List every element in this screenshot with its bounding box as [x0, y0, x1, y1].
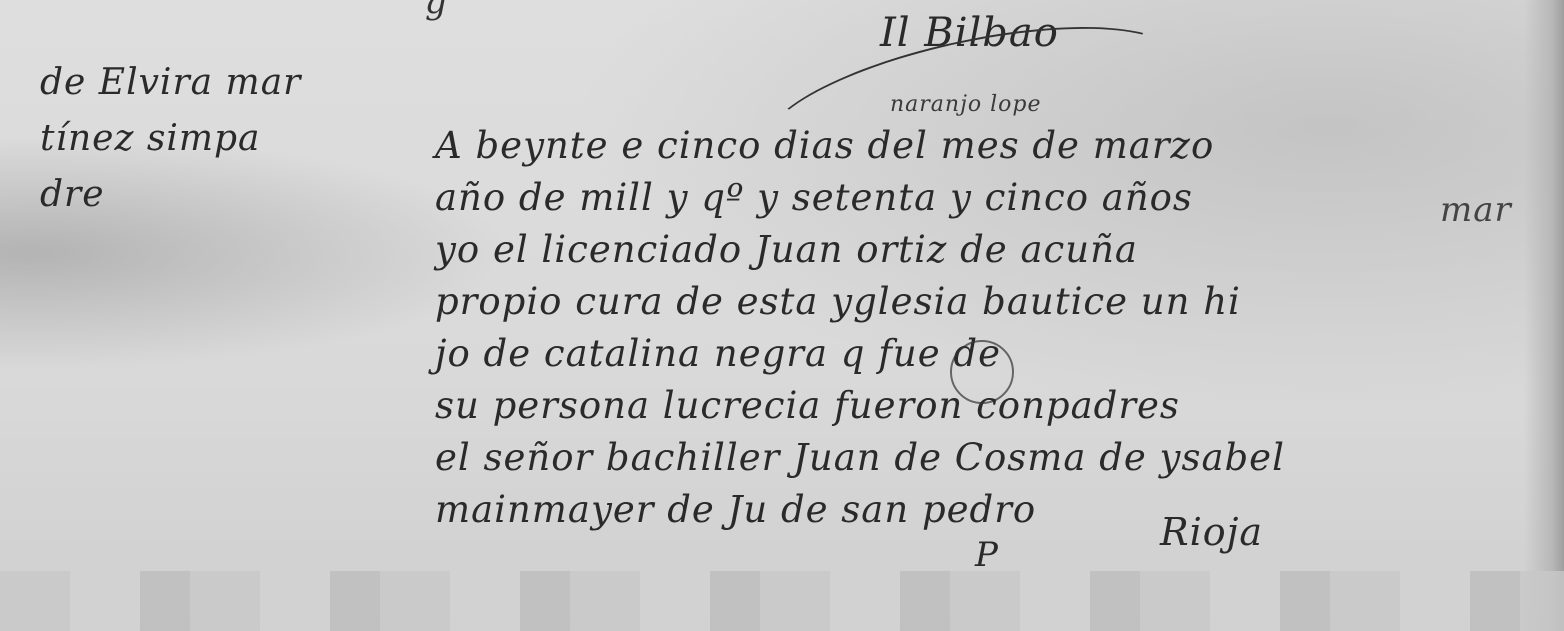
body-line: mainmayer de Ju de san pedro: [435, 484, 1285, 536]
margin-note-line: dre: [40, 167, 301, 223]
right-margin-note: mar: [1440, 190, 1512, 230]
margin-note: de Elvira mar tínez simpa dre: [40, 55, 301, 223]
signature: Rioja: [1160, 510, 1263, 554]
paraph-mark: P: [975, 535, 999, 575]
body-line: propio cura de esta yglesia bautice un h…: [435, 276, 1285, 328]
circled-abbreviation: [950, 340, 1014, 404]
margin-note-line: de Elvira mar: [40, 55, 301, 111]
page-bottom-edge: [0, 571, 1564, 631]
manuscript-page: g Il Bilbao naranjo lope de Elvira mar t…: [0, 0, 1564, 631]
body-line: jo de catalina negra q fue de: [435, 328, 1285, 380]
page-edge-shadow: [1524, 0, 1564, 631]
body-line: yo el licenciado Juan ortiz de acuña: [435, 224, 1285, 276]
body-line: año de mill y qº y setenta y cinco años: [435, 172, 1285, 224]
body-line: el señor bachiller Juan de Cosma de ysab…: [435, 432, 1285, 484]
body-line: su persona lucrecia fueron conpadres: [435, 380, 1285, 432]
top-fragment: g: [425, 0, 448, 22]
body-text: A beynte e cinco dias del mes de marzo a…: [435, 120, 1285, 536]
margin-note-line: tínez simpa: [40, 111, 301, 167]
